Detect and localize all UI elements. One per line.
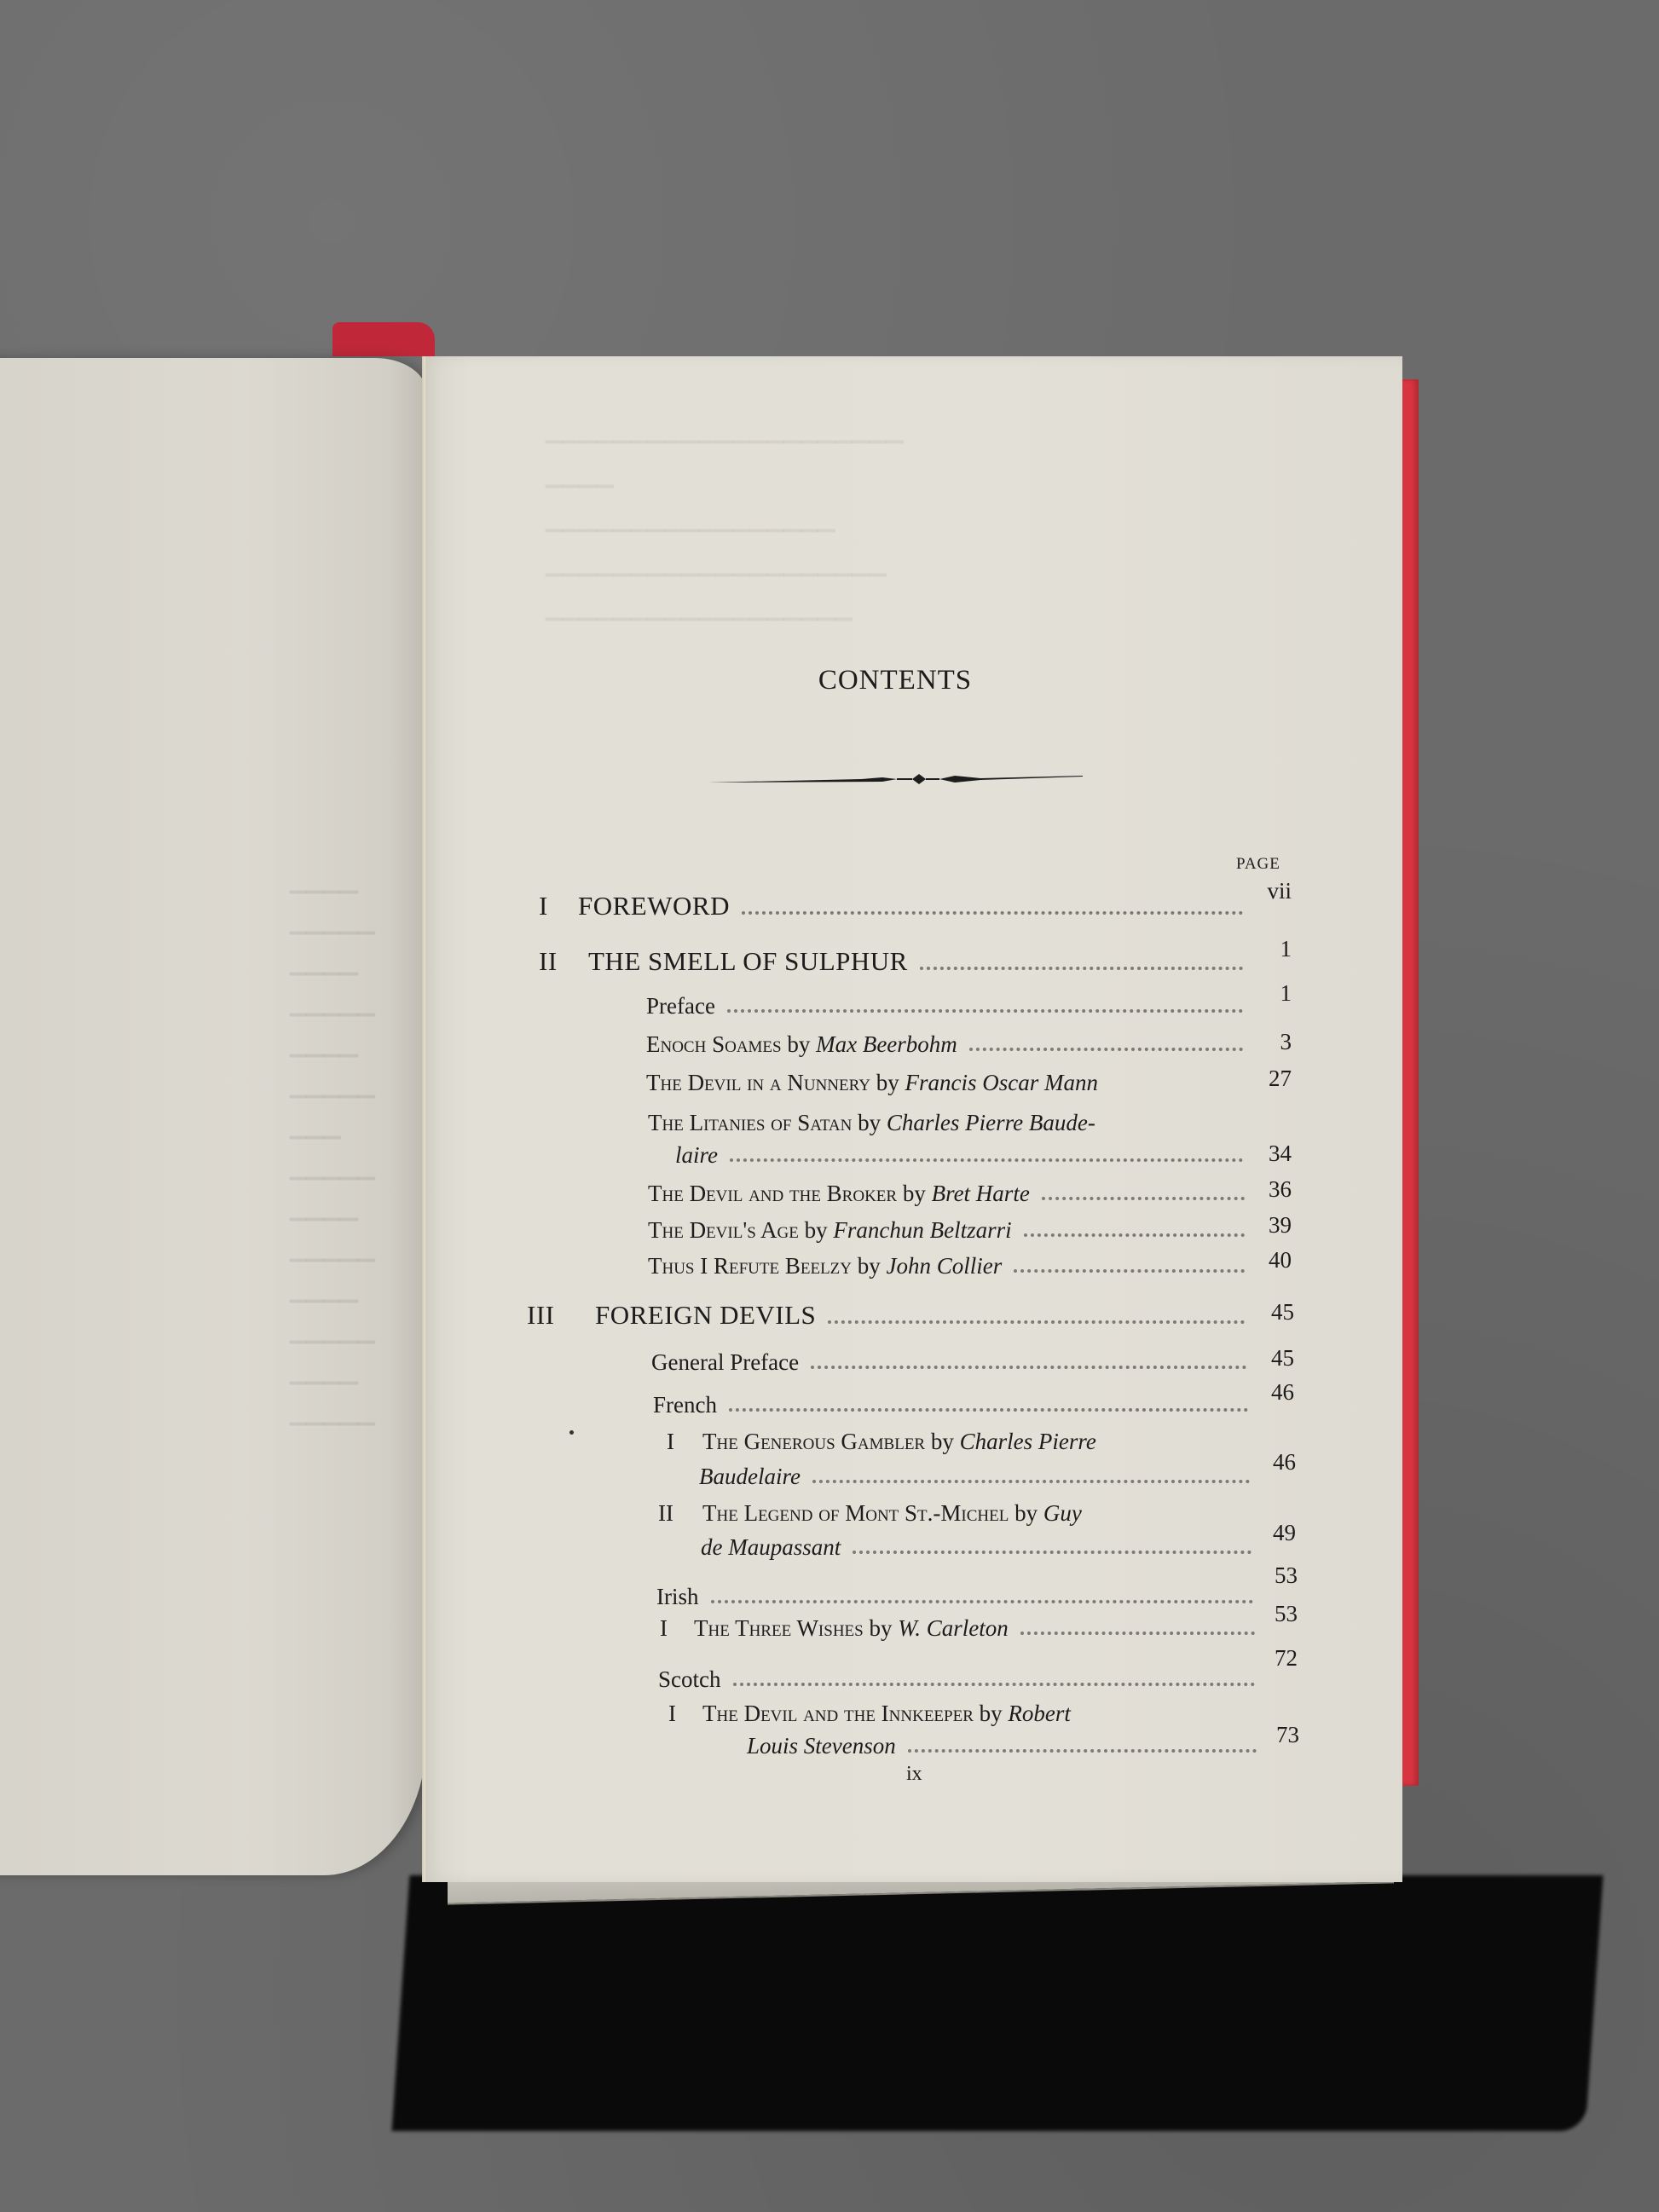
dot-leader (1024, 1233, 1245, 1237)
page-number: 73 (1248, 1722, 1299, 1748)
page-number: 1 (1240, 980, 1292, 1007)
part-numeral: III (527, 1300, 595, 1331)
story-title: The Generous Gambler (702, 1429, 925, 1455)
toc-entry[interactable]: II THE SMELL OF SULPHUR (539, 946, 1255, 977)
story-numeral: I (667, 1429, 702, 1455)
story-numeral: I (660, 1615, 694, 1642)
story-title: The Devil and the Innkeeper (702, 1701, 974, 1727)
story-title: The Legend of Mont St.-Michel (702, 1500, 1009, 1527)
toc-entry[interactable]: I FOREWORD (539, 891, 1255, 921)
dot-leader (828, 1320, 1245, 1324)
toc-entry[interactable]: I The Generous Gambler by Charles Pierre (667, 1429, 1263, 1455)
page-number: 34 (1240, 1141, 1292, 1167)
dot-leader (811, 1365, 1246, 1369)
section-label: Irish (656, 1584, 699, 1610)
dot-leader (1014, 1268, 1245, 1273)
dot-leader (920, 966, 1243, 970)
story-title: The Three Wishes (694, 1615, 864, 1642)
story-title: The Devil's Age (648, 1217, 799, 1244)
dot-leader (812, 1479, 1250, 1483)
toc-entry[interactable]: I The Devil and the Innkeeper by Robert (668, 1701, 1269, 1727)
author-name: W. Carleton (898, 1615, 1009, 1642)
page-number: 3 (1240, 1029, 1292, 1055)
by-label: by (858, 1253, 881, 1279)
dot-leader (853, 1550, 1251, 1554)
author-name: Charles Pierre Baude- (887, 1110, 1095, 1136)
page-number: vii (1240, 878, 1292, 904)
dot-leader (969, 1047, 1243, 1051)
author-name-continued: Baudelaire (699, 1464, 801, 1490)
by-label: by (903, 1181, 926, 1207)
toc-entry[interactable]: French (653, 1392, 1260, 1418)
toc-entry[interactable]: General Preface (651, 1349, 1258, 1376)
story-title: Thus I Refute Beelzy (648, 1253, 852, 1279)
dot-leader (1042, 1196, 1245, 1200)
toc-entry[interactable]: Preface (646, 993, 1255, 1019)
story-numeral: II (658, 1500, 702, 1527)
section-label: French (653, 1392, 717, 1418)
toc-entry[interactable]: Enoch Soames by Max Beerbohm (646, 1031, 1255, 1058)
page-number: 49 (1245, 1520, 1296, 1546)
toc-entry[interactable]: I The Three Wishes by W. Carleton (660, 1615, 1267, 1642)
author-name: Francis Oscar Mann (905, 1070, 1097, 1096)
entry-title: General Preface (651, 1349, 799, 1376)
by-label: by (869, 1615, 892, 1642)
part-numeral: II (539, 946, 588, 977)
dot-leader (727, 1008, 1243, 1013)
toc-entry[interactable]: III FOREIGN DEVILS (527, 1300, 1257, 1331)
page-folio: ix (906, 1763, 922, 1786)
page-number: 53 (1246, 1601, 1298, 1627)
page-number: 39 (1240, 1212, 1292, 1239)
author-name-continued: Louis Stevenson (747, 1733, 896, 1759)
by-label: by (1014, 1500, 1038, 1527)
dot-leader (730, 1158, 1243, 1162)
page-number: 40 (1240, 1247, 1292, 1273)
dot-leader (908, 1748, 1257, 1753)
dot-leader (711, 1599, 1254, 1603)
toc-entry-continuation[interactable]: laire (675, 1142, 1255, 1169)
paper-speck (569, 1430, 574, 1435)
author-name: John Collier (887, 1253, 1003, 1279)
by-label: by (787, 1031, 810, 1058)
author-name: Franchun Beltzarri (833, 1217, 1011, 1244)
page-number: 53 (1246, 1562, 1298, 1589)
page-number: 45 (1243, 1299, 1294, 1325)
toc-entry-continuation[interactable]: Baudelaire (699, 1464, 1262, 1490)
story-title: The Devil and the Broker (648, 1181, 897, 1207)
toc-entry[interactable]: The Devil and the Broker by Bret Harte (648, 1181, 1257, 1207)
section-label: Scotch (658, 1666, 721, 1693)
toc-entry[interactable]: The Litanies of Satan by Charles Pierre … (648, 1110, 1257, 1136)
by-label: by (858, 1110, 881, 1136)
author-name: Robert (1008, 1701, 1071, 1727)
by-label: by (931, 1429, 954, 1455)
page-number: 27 (1240, 1066, 1292, 1092)
contents-page: CONTENTS PAGE I FOREWORD vii II THE SMEL… (0, 0, 1659, 2212)
dot-leader (742, 910, 1243, 915)
story-numeral: I (668, 1701, 702, 1727)
by-label: by (876, 1070, 899, 1096)
dot-leader (1020, 1631, 1255, 1635)
toc-entry[interactable]: The Devil's Age by Franchun Beltzarri (648, 1217, 1257, 1244)
page-number: 46 (1245, 1449, 1296, 1476)
entry-title: Preface (646, 993, 715, 1019)
by-label: by (980, 1701, 1003, 1727)
dot-leader (729, 1407, 1248, 1412)
page-column-label: PAGE (1236, 855, 1280, 874)
page-number: 1 (1240, 936, 1292, 962)
toc-entry[interactable]: Irish (656, 1584, 1265, 1610)
toc-entry[interactable]: Scotch (658, 1666, 1267, 1693)
story-title: The Litanies of Satan (648, 1110, 852, 1136)
author-name: Guy (1043, 1500, 1082, 1527)
page-number: 72 (1246, 1645, 1298, 1672)
story-title: The Devil in a Nunnery (646, 1070, 870, 1096)
page-number: 36 (1240, 1176, 1292, 1203)
ornamental-rule-icon (708, 770, 1083, 788)
author-name: Bret Harte (932, 1181, 1030, 1207)
author-name-continued: laire (675, 1142, 718, 1169)
part-numeral: I (539, 891, 578, 921)
toc-entry-continuation[interactable]: Louis Stevenson (747, 1733, 1269, 1759)
toc-entry-continuation[interactable]: de Maupassant (701, 1534, 1263, 1561)
story-title: Enoch Soames (646, 1031, 782, 1058)
entry-title: FOREIGN DEVILS (595, 1300, 816, 1331)
entry-title: FOREWORD (578, 891, 730, 921)
page-title: CONTENTS (806, 665, 985, 696)
author-name: Max Beerbohm (816, 1031, 957, 1058)
toc-entry[interactable]: II The Legend of Mont St.-Michel by Guy (658, 1500, 1265, 1527)
toc-entry[interactable]: The Devil in a Nunnery by Francis Oscar … (646, 1070, 1255, 1096)
author-name: Charles Pierre (960, 1429, 1096, 1455)
page-number: 45 (1243, 1345, 1294, 1372)
toc-entry[interactable]: Thus I Refute Beelzy by John Collier (648, 1253, 1257, 1279)
entry-title: THE SMELL OF SULPHUR (588, 946, 908, 977)
page-number: 46 (1243, 1379, 1294, 1406)
author-name-continued: de Maupassant (701, 1534, 841, 1561)
by-label: by (805, 1217, 828, 1244)
dot-leader (733, 1682, 1256, 1686)
